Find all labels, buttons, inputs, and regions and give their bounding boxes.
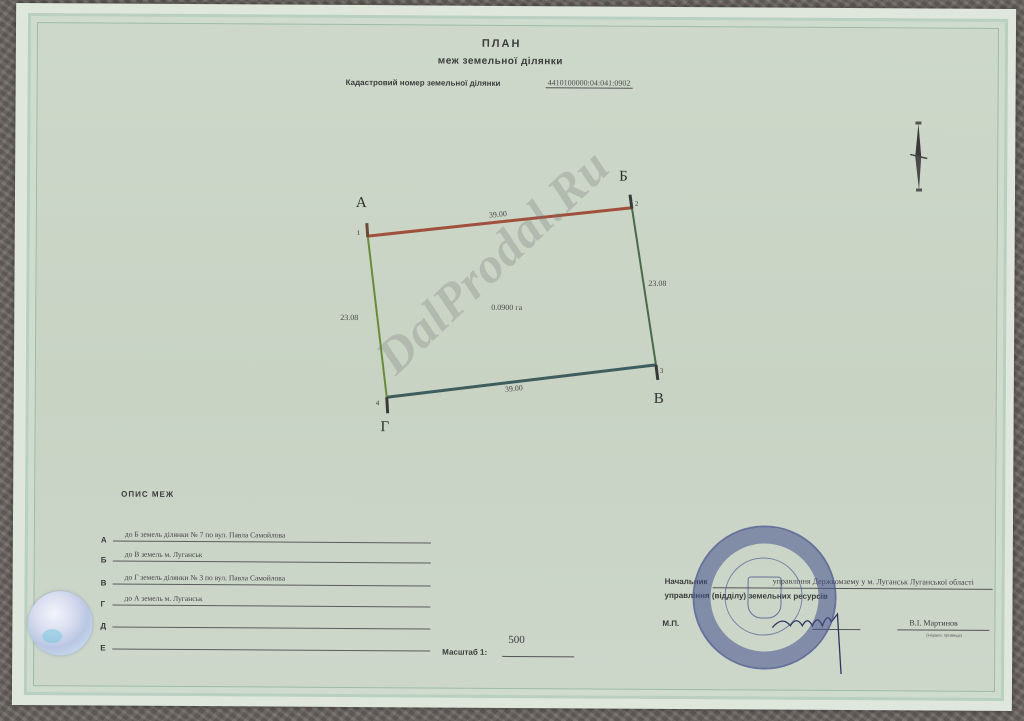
signatory-name: В.І. Мартинов xyxy=(909,618,957,627)
land-plot-plan-document: ПЛАН меж земельної ділянки Кадастровий н… xyxy=(12,3,1016,711)
signatory-name-caption: (ініціали, прізвище) xyxy=(926,633,962,638)
handwritten-signature xyxy=(12,3,1016,711)
official-stamp xyxy=(692,525,837,670)
stamp-inner-ring xyxy=(724,557,802,635)
trident-emblem-icon xyxy=(747,576,781,618)
